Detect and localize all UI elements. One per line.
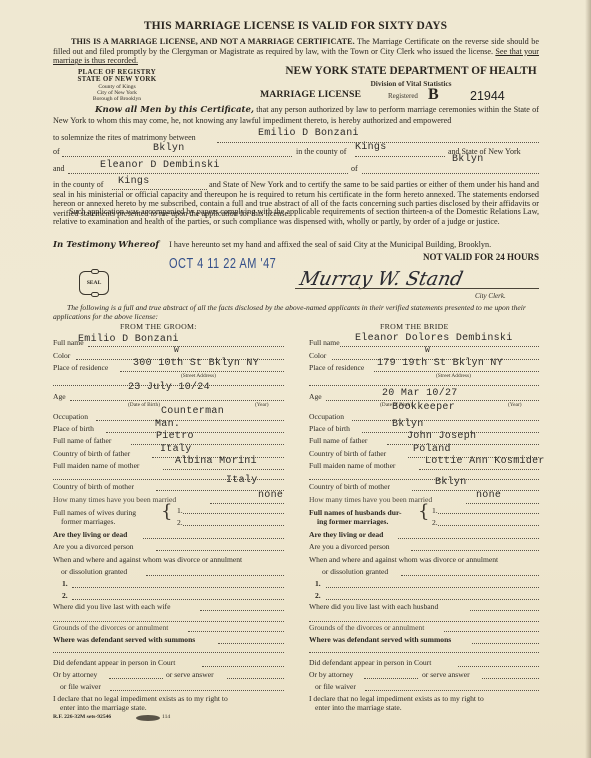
bride-mother: Lottie Ann Kosmider	[425, 456, 545, 467]
bride-living-dead-label: Are they living or dead	[309, 530, 383, 539]
groom-divorce-2-num: 2.	[62, 591, 68, 600]
groom-lived-wife-label: Where did you live last with each wife	[53, 602, 170, 611]
groom-place-typed: Bklyn	[153, 143, 185, 154]
bride-father-label: Full name of father	[309, 436, 367, 445]
bride-blank-line	[309, 385, 539, 386]
bride-name-typed: Eleanor D Dembinski	[100, 160, 220, 171]
groom-county-typed: Kings	[355, 142, 387, 153]
abstract-intro: The following is a full and true abstrac…	[53, 303, 539, 321]
husbands-former-label-2: ing former marriages.	[317, 517, 388, 526]
groom-divorce-2-line	[72, 599, 284, 600]
division-name: Division of Vital Statistics	[282, 79, 540, 88]
bride-declaration-2: enter into the marriage state.	[315, 703, 402, 712]
testimony-line: In Testimony Whereof I have hereunto set…	[53, 240, 491, 250]
bride-mother-country: Bklyn	[435, 477, 467, 488]
bride-place-typed: Bklyn	[452, 154, 484, 165]
groom-age-line	[70, 400, 284, 401]
bride-mother-line	[419, 469, 539, 470]
groom-father-country: Italy	[160, 444, 192, 455]
bride-file-waiver-label: or file waiver	[315, 682, 356, 691]
groom-times-married-label: How many times have you been married	[53, 495, 176, 504]
bride-serve-answer-line	[482, 678, 539, 679]
groom-serve-answer-label: or serve answer	[166, 670, 214, 679]
bride-divorce-1-line	[326, 587, 539, 588]
union-number: 114	[162, 714, 170, 720]
form-title: MARRIAGE LICENSE	[260, 89, 361, 100]
groom-age-label: Age	[53, 392, 66, 401]
bride-age: 20 Mar 10/27	[382, 388, 458, 399]
bride-husband-2-line	[438, 525, 539, 526]
bride-served-label: Where was defendant served with summons	[309, 635, 451, 644]
groom-wife-2-line	[183, 525, 284, 526]
license-notice: THIS IS A MARRIAGE LICENSE, AND NOT A MA…	[53, 37, 539, 66]
bride-father: John Joseph	[407, 431, 476, 442]
groom-served-label: Where was defendant served with summons	[53, 635, 195, 644]
bride-occupation: Bookkeeper	[392, 402, 455, 413]
groom-county-line	[355, 156, 445, 157]
groom-times-married: none	[258, 490, 283, 501]
groom-lived-wife-line-2	[53, 621, 284, 622]
notice-lead: THIS IS A MARRIAGE LICENSE, AND NOT A MA…	[71, 37, 355, 46]
bride-times-married-label: How many times have you been married	[309, 495, 432, 504]
bride-age-label: Age	[309, 392, 322, 401]
certificate-lead: Know all Men by this Certificate,	[95, 105, 254, 115]
bride-mother-label: Full maiden name of mother	[309, 461, 395, 470]
brace-icon: {	[161, 503, 172, 521]
bride-divorce-when-line	[401, 575, 539, 576]
groom-served-line-2	[53, 652, 284, 653]
groom-declaration-1: I declare that no legal impediment exist…	[53, 694, 228, 703]
marriage-license-document: THIS MARRIAGE LICENSE IS VALID FOR SIXTY…	[0, 0, 591, 758]
groom-name-typed: Emilio D Bonzani	[258, 128, 359, 139]
groom-full-name-line	[88, 346, 284, 347]
groom-appear-line	[202, 666, 284, 667]
groom-street-address-caption: (Street Address)	[181, 373, 216, 379]
bride-father-line	[387, 444, 539, 445]
groom-grounds-label: Grounds of the divorces or annulment	[53, 623, 168, 632]
groom-grounds-line	[188, 631, 284, 632]
groom-serve-answer-line	[227, 678, 284, 679]
groom-wife-1-num: 1.	[177, 506, 183, 515]
bride-husband-2-num: 2.	[432, 518, 438, 527]
bride-husband-1-num: 1.	[432, 506, 438, 515]
registration-number: 21944	[470, 89, 505, 103]
groom-declaration-2: enter into the marriage state.	[60, 703, 147, 712]
groom-appear-label: Did defendant appear in person in Court	[53, 658, 175, 667]
groom-place-line	[62, 156, 292, 157]
groom-heading: FROM THE GROOM:	[120, 322, 197, 331]
bride-husband-1-line	[438, 513, 539, 514]
bride-times-married-line	[466, 503, 539, 504]
groom-wife-2-num: 2.	[177, 518, 183, 527]
groom-occupation: Counterman	[161, 406, 224, 417]
bride-full-name-label: Full name	[309, 338, 340, 347]
bride-street-address-caption: (Street Address)	[436, 373, 471, 379]
wives-former-label-1: Full names of wives during	[53, 508, 136, 517]
groom-birthplace: Man.	[155, 419, 180, 430]
validity-title: THIS MARRIAGE LICENSE IS VALID FOR SIXTY…	[0, 20, 591, 32]
bride-heading: FROM THE BRIDE	[380, 322, 449, 331]
certificate-intro: Know all Men by this Certificate, that a…	[53, 105, 539, 125]
bride-birthplace-label: Place of birth	[309, 424, 350, 433]
bride-occupation-line	[352, 420, 539, 421]
bride-divorce-2-line	[326, 599, 539, 600]
bride-file-waiver-line	[365, 690, 539, 691]
bride-father-country: Poland	[413, 444, 451, 455]
groom-occupation-label: Occupation	[53, 412, 88, 421]
groom-father: Pietro	[156, 431, 194, 442]
bride-color: W	[425, 346, 430, 355]
bride-grounds-line	[444, 631, 539, 632]
bride-name-line	[68, 173, 348, 174]
bride-age-line	[326, 400, 539, 401]
bride-lived-husband-line	[470, 610, 539, 611]
bride-served-line	[472, 643, 539, 644]
groom-divorced-line	[156, 550, 284, 551]
bride-divorce-when-label-1: When and where and against whom was divo…	[309, 555, 498, 564]
groom-year-caption: (Year)	[255, 402, 269, 408]
groom-father-label: Full name of father	[53, 436, 111, 445]
groom-residence-label: Place of residence	[53, 363, 108, 372]
groom-color-label: Color	[53, 351, 70, 360]
form-code: R.F. 226-32M sets-92546	[53, 714, 111, 720]
groom-occupation-line	[96, 420, 284, 421]
groom-divorce-when-label-2: or dissolution granted	[61, 567, 127, 576]
bride-residence-label: Place of residence	[309, 363, 364, 372]
groom-mother-country-label: Country of birth of mother	[53, 482, 134, 491]
groom-lived-wife-line	[200, 610, 284, 611]
wives-former-label-2: former marriages.	[61, 517, 115, 526]
registered-label: Registered	[388, 92, 418, 100]
signer-title: City Clerk.	[475, 292, 506, 300]
groom-dob-caption: (Date of Birth)	[128, 402, 160, 408]
bride-times-married: none	[476, 490, 501, 501]
date-stamp: OCT 4 11 22 AM '47	[169, 256, 276, 272]
bride-declaration-1: I declare that no legal impediment exist…	[309, 694, 484, 703]
bride-full-name: Eleanor Dolores Dembinski	[355, 333, 513, 344]
bride-served-line-2	[309, 652, 539, 653]
of-label: of	[53, 147, 60, 156]
bride-divorce-1-num: 1.	[315, 579, 321, 588]
solemnize-label: to solemnize the rites of matrimony betw…	[53, 133, 196, 142]
groom-served-line	[218, 643, 284, 644]
seal-icon: SEAL	[79, 271, 109, 295]
seal-label: SEAL	[87, 280, 102, 286]
groom-residence-line	[120, 371, 284, 372]
bride-divorced-label: Are you a divorced person	[309, 542, 390, 551]
bride-father-country-label: Country of birth of father	[309, 449, 386, 458]
groom-divorced-label: Are you a divorced person	[53, 542, 134, 551]
testimony-lead: In Testimony Whereof	[53, 240, 159, 250]
clerk-signature: Murray W. Stand	[298, 268, 465, 290]
bride-lived-husband-line-2	[309, 621, 539, 622]
groom-living-dead-line	[143, 538, 284, 539]
groom-wife-1-line	[183, 513, 284, 514]
groom-divorce-1-line	[72, 587, 284, 588]
bride-residence-line	[374, 371, 539, 372]
bride-mother-blank-line	[309, 479, 539, 480]
groom-divorce-when-label-1: When and where and against whom was divo…	[53, 555, 242, 564]
bride-place-line	[362, 173, 539, 174]
bride-color-label: Color	[309, 351, 326, 360]
compliance-paragraph: Such application was accompanied by pape…	[53, 207, 539, 226]
not-valid-notice: NOT VALID FOR 24 HOURS	[390, 252, 539, 262]
groom-birthplace-line	[106, 432, 284, 433]
bride-attorney-label: Or by attorney	[309, 670, 353, 679]
bride-full-name-line	[340, 346, 539, 347]
groom-living-dead-label: Are they living or dead	[53, 530, 127, 539]
groom-mother: Albina Morini	[175, 456, 257, 467]
bride-serve-answer-label: or serve answer	[422, 670, 470, 679]
and-label: and	[53, 164, 65, 173]
bride-of-label: of	[351, 164, 358, 173]
bride-attorney-line	[364, 678, 418, 679]
husbands-former-label-1: Full names of husbands dur-	[309, 508, 402, 517]
groom-attorney-label: Or by attorney	[53, 670, 97, 679]
bride-residence: 179 19th St Bklyn NY	[377, 358, 503, 369]
bride-divorce-when-label-2: or dissolution granted	[322, 567, 388, 576]
groom-file-waiver-label: or file waiver	[60, 682, 101, 691]
testimony-text: I have hereunto set my hand and affixed …	[161, 240, 491, 249]
registration-series: B	[428, 86, 439, 104]
groom-age: 23 July 10/24	[128, 382, 210, 393]
bride-year-caption: (Year)	[508, 402, 522, 408]
groom-color: W	[174, 346, 179, 355]
groom-father-line	[131, 444, 284, 445]
groom-divorce-when-line	[146, 575, 284, 576]
groom-mother-label: Full maiden name of mother	[53, 461, 139, 470]
registry-borough: Borough of Brooklyn	[52, 96, 182, 102]
groom-full-name: Emilio D Bonzani	[78, 334, 179, 345]
groom-birthplace-label: Place of birth	[53, 424, 94, 433]
bride-divorced-line	[411, 550, 539, 551]
signature-line	[295, 288, 539, 289]
brace-icon: {	[418, 503, 429, 521]
bride-lived-husband-label: Where did you live last with each husban…	[309, 602, 438, 611]
groom-file-waiver-line	[110, 690, 284, 691]
bride-appear-line	[458, 666, 539, 667]
bride-grounds-label: Grounds of the divorces or annulment	[309, 623, 424, 632]
registry-line2: STATE OF NEW YORK	[52, 76, 182, 84]
union-label-icon	[136, 715, 160, 721]
groom-residence: 300 10th St Bklyn NY	[133, 358, 259, 369]
groom-father-country-label: Country of birth of father	[53, 449, 130, 458]
groom-times-married-line	[210, 503, 284, 504]
bride-mother-country-label: Country of birth of mother	[309, 482, 390, 491]
groom-divorce-1-num: 1.	[62, 579, 68, 588]
bride-birthplace: Bklyn	[392, 419, 424, 430]
county-label: in the county of	[296, 147, 346, 156]
bride-occupation-label: Occupation	[309, 412, 344, 421]
bride-divorce-2-num: 2.	[315, 591, 321, 600]
bride-living-dead-line	[398, 538, 539, 539]
bride-appear-label: Did defendant appear in person in Court	[309, 658, 431, 667]
groom-mother-line	[163, 469, 284, 470]
groom-mother-country: Italy	[226, 475, 258, 486]
department-name: NEW YORK STATE DEPARTMENT OF HEALTH	[282, 65, 540, 77]
groom-attorney-line	[109, 678, 163, 679]
